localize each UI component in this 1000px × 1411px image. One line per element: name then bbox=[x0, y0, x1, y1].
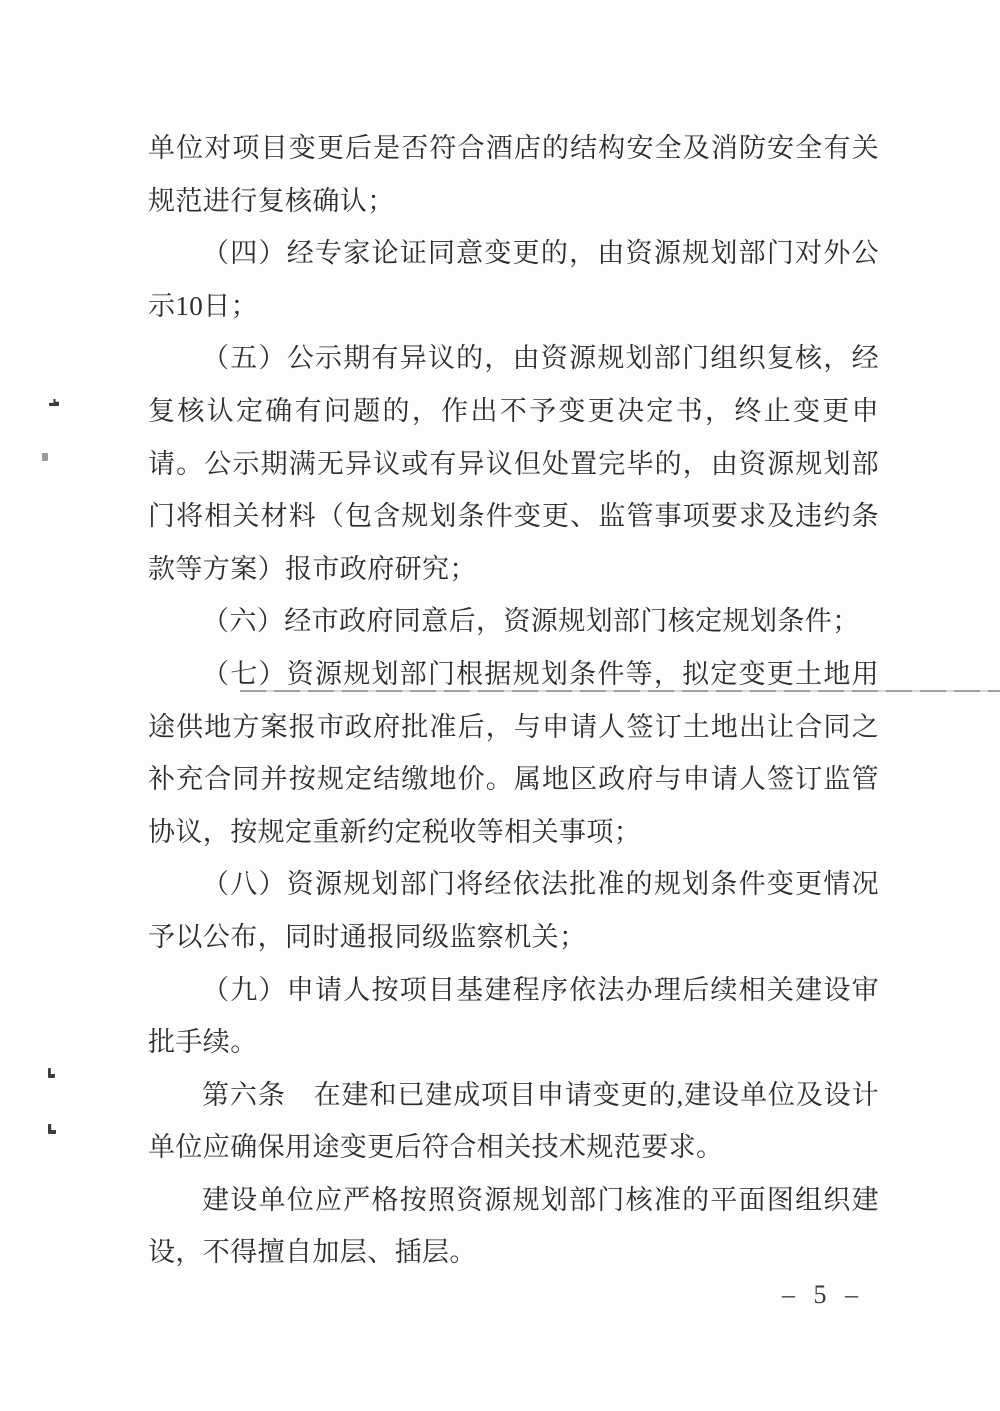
doc-paragraph-item-7: （七）资源规划部门根据规划条件等，拟定变更土地用途供地方案报市政府批准后，与申请… bbox=[148, 648, 879, 858]
document-body: 单位对项目变更后是否符合酒店的结构安全及消防安全有关规范进行复核确认； （四）经… bbox=[148, 122, 879, 1279]
scan-speck bbox=[42, 453, 48, 461]
doc-paragraph-continuation: 单位对项目变更后是否符合酒店的结构安全及消防安全有关规范进行复核确认； bbox=[148, 122, 879, 227]
doc-paragraph-article-6b: 建设单位应严格按照资源规划部门核准的平面图组织建设，不得擅自加层、插层。 bbox=[148, 1174, 879, 1279]
document-page: 单位对项目变更后是否符合酒店的结构安全及消防安全有关规范进行复核确认； （四）经… bbox=[0, 0, 1000, 1411]
page-number: – 5 – bbox=[768, 1280, 878, 1310]
doc-paragraph-item-4: （四）经专家论证同意变更的，由资源规划部门对外公示10日； bbox=[148, 227, 879, 332]
doc-paragraph-item-8: （八）资源规划部门将经依法批准的规划条件变更情况予以公布，同时通报同级监察机关； bbox=[148, 858, 879, 963]
scan-speck bbox=[48, 1068, 55, 1078]
doc-paragraph-item-9: （九）申请人按项目基建程序依法办理后续相关建设审批手续。 bbox=[148, 964, 879, 1069]
scan-speck bbox=[48, 1124, 56, 1134]
doc-paragraph-item-6: （六）经市政府同意后，资源规划部门核定规划条件； bbox=[148, 595, 879, 648]
doc-paragraph-item-5: （五）公示期有异议的，由资源规划部门组织复核，经复核认定确有问题的，作出不予变更… bbox=[148, 332, 879, 595]
scan-speck bbox=[49, 399, 59, 406]
doc-paragraph-article-6: 第六条 在建和已建成项目申请变更的,建设单位及设计单位应确保用途变更后符合相关技… bbox=[148, 1069, 879, 1174]
